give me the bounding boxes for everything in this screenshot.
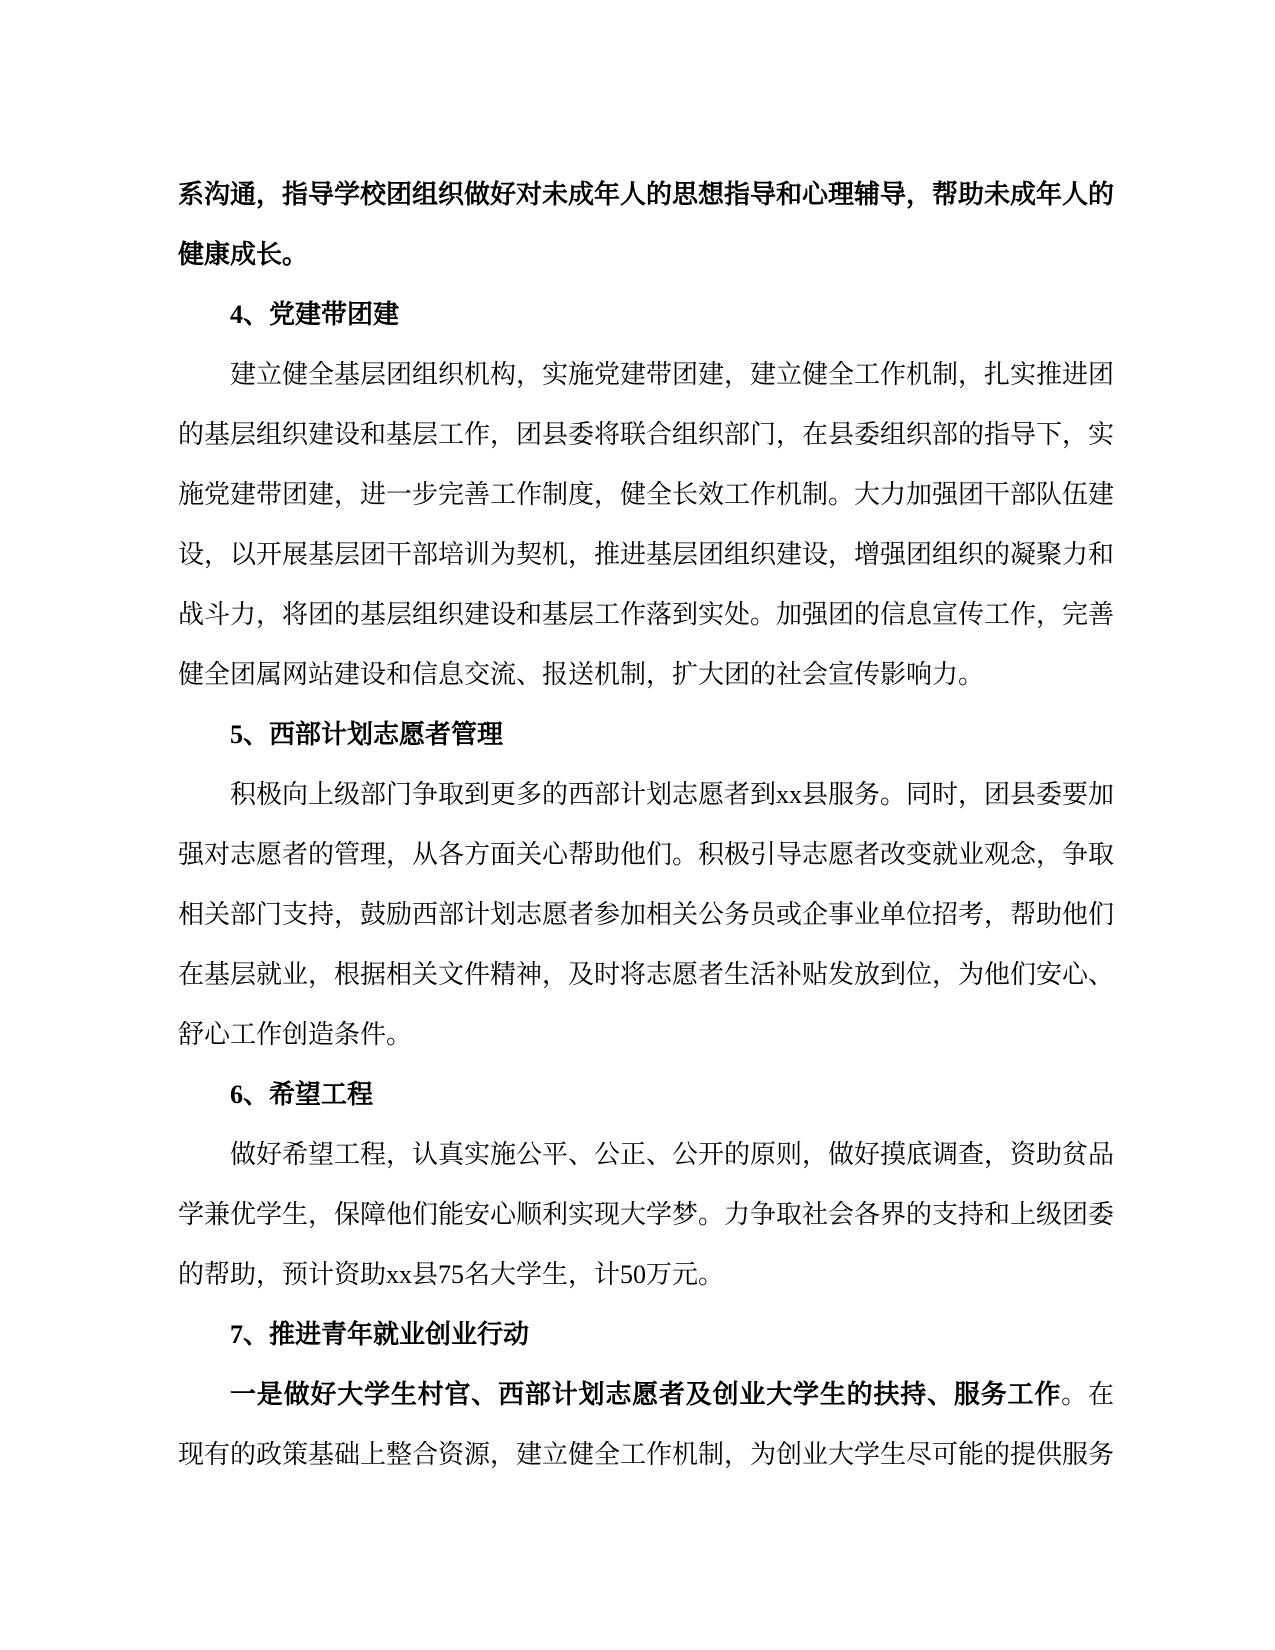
heading-section-5: 5、西部计划志愿者管理 — [178, 705, 1114, 765]
text-segment: 积极向上级部门争取到更多的西部计划志愿者到xx县服务。同时，团县委要加强对志愿者… — [178, 780, 1114, 1049]
paragraph-section-7: 一是做好大学生村官、西部计划志愿者及创业大学生的扶持、服务工作。在现有的政策基础… — [178, 1365, 1114, 1485]
text-segment: 系沟通，指导学校团组织做好对未成年人的思想指导和心理辅导，帮助未成年人的健康成长… — [178, 180, 1114, 269]
text-segment: 一是做好大学生村官、西部计划志愿者及创业大学生的扶持、服务工作 — [230, 1380, 1061, 1409]
document-body: 系沟通，指导学校团组织做好对未成年人的思想指导和心理辅导，帮助未成年人的健康成长… — [178, 165, 1114, 1485]
heading-section-7: 7、推进青年就业创业行动 — [178, 1305, 1114, 1365]
text-segment: 6、希望工程 — [230, 1080, 373, 1109]
paragraph-section-5: 积极向上级部门争取到更多的西部计划志愿者到xx县服务。同时，团县委要加强对志愿者… — [178, 765, 1114, 1065]
text-segment: 7、推进青年就业创业行动 — [230, 1320, 529, 1349]
text-segment: 建立健全基层团组织机构，实施党建带团建，建立健全工作机制，扎实推进团的基层组织建… — [178, 360, 1114, 689]
document-page: 系沟通，指导学校团组织做好对未成年人的思想指导和心理辅导，帮助未成年人的健康成长… — [0, 0, 1275, 1650]
paragraph-continuation: 系沟通，指导学校团组织做好对未成年人的思想指导和心理辅导，帮助未成年人的健康成长… — [178, 165, 1114, 285]
text-segment: 5、西部计划志愿者管理 — [230, 720, 503, 749]
heading-section-6: 6、希望工程 — [178, 1065, 1114, 1125]
text-segment: 做好希望工程，认真实施公平、公正、公开的原则，做好摸底调查，资助贫品学兼优学生，… — [178, 1140, 1114, 1289]
paragraph-section-6: 做好希望工程，认真实施公平、公正、公开的原则，做好摸底调查，资助贫品学兼优学生，… — [178, 1125, 1114, 1305]
text-segment: 4、党建带团建 — [230, 300, 399, 329]
heading-section-4: 4、党建带团建 — [178, 285, 1114, 345]
paragraph-section-4: 建立健全基层团组织机构，实施党建带团建，建立健全工作机制，扎实推进团的基层组织建… — [178, 345, 1114, 705]
